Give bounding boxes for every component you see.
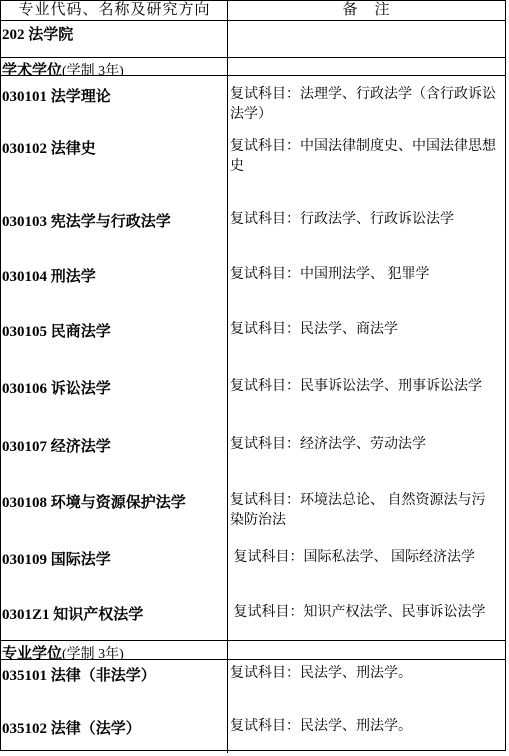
entry-name: 035102 法律（法学） [1,713,227,753]
entry-remark: 复试科目：环境法总论、 自然资源法与污 染防治法 [227,482,505,539]
professional-degree-label: 专业学位(学制 3年) [1,641,227,659]
table-header-row: 专业代码、名称及研究方向 备 注 [1,1,505,21]
entry-name: 0301Z1 知识产权法学 [1,594,227,641]
professional-entries-section: 035101 法律（非法学） 复试科目：民法学、刑法学。 035102 法律（法… [1,660,505,753]
entry-name: 030104 刑法学 [1,256,227,311]
academic-degree-duration: (学制 3年) [62,64,124,75]
entry-row: 030108 环境与资源保护法学 复试科目：环境法总论、 自然资源法与污 染防治… [1,482,505,539]
academic-degree-divider-row: 学术学位(学制 3年) [1,58,505,76]
entry-row: 030107 经济法学 复试科目：经济法学、劳动法学 [1,426,505,482]
entry-row: 035101 法律（非法学） 复试科目：民法学、刑法学。 [1,660,505,713]
header-cell-program: 专业代码、名称及研究方向 [1,1,227,20]
academic-degree-remark [227,58,505,75]
entry-name: 030102 法律史 [1,128,227,201]
entry-remark: 复试科目：民法学、商法学 [227,311,505,368]
academic-entries-section: 030101 法学理论 复试科目：法理学、行政法学（含行政诉讼 法学） 0301… [1,76,505,641]
school-remark [227,21,505,57]
entry-name: 030105 民商法学 [1,311,227,368]
program-table: 专业代码、名称及研究方向 备 注 202 法学院 学术学位(学制 3年) 030… [0,0,506,751]
entry-remark: 复试科目：法理学、行政法学（含行政诉讼 法学） [227,76,505,128]
entry-row: 030101 法学理论 复试科目：法理学、行政法学（含行政诉讼 法学） [1,76,505,128]
academic-degree-label: 学术学位(学制 3年) [1,58,227,75]
entry-remark: 复试科目：经济法学、劳动法学 [227,426,505,482]
professional-degree-divider-row: 专业学位(学制 3年) [1,641,505,660]
entry-row: 030103 宪法学与行政法学 复试科目：行政法学、行政诉讼法学 [1,201,505,256]
entry-name: 030108 环境与资源保护法学 [1,482,227,539]
school-row: 202 法学院 [1,21,505,58]
entry-row: 030106 诉讼法学 复试科目：民事诉讼法学、刑事诉讼法学 [1,368,505,426]
entry-remark: 复试科目：民法学、刑法学。 [227,660,505,713]
entry-remark: 复试科目：中国刑法学、 犯罪学 [227,256,505,311]
entry-row: 030102 法律史 复试科目：中国法律制度史、中国法律思想 史 [1,128,505,201]
professional-degree-duration: (学制 3年) [62,647,124,659]
entry-name: 030106 诉讼法学 [1,368,227,426]
entry-remark: 复试科目：民法学、刑法学。 [227,713,505,753]
entry-row: 030104 刑法学 复试科目：中国刑法学、 犯罪学 [1,256,505,311]
professional-degree-title: 专业学位 [2,646,62,659]
entry-row: 030105 民商法学 复试科目：民法学、商法学 [1,311,505,368]
entry-name: 035101 法律（非法学） [1,660,227,713]
school-name: 202 法学院 [1,21,227,57]
academic-degree-title: 学术学位 [2,63,62,75]
header-cell-remark: 备 注 [227,1,505,20]
professional-degree-remark [227,641,505,659]
entry-remark: 复试科目：中国法律制度史、中国法律思想 史 [227,128,505,201]
entry-row: 030109 国际法学 复试科目：国际私法学、 国际经济法学 [1,539,505,594]
entry-row: 0301Z1 知识产权法学 复试科目：知识产权法学、民事诉讼法学 [1,594,505,641]
entry-remark: 复试科目：民事诉讼法学、刑事诉讼法学 [227,368,505,426]
entry-row: 035102 法律（法学） 复试科目：民法学、刑法学。 [1,713,505,753]
entry-name: 030101 法学理论 [1,76,227,128]
entry-name: 030107 经济法学 [1,426,227,482]
entry-remark: 复试科目：国际私法学、 国际经济法学 [227,539,505,594]
entry-name: 030103 宪法学与行政法学 [1,201,227,256]
entry-remark: 复试科目：知识产权法学、民事诉讼法学 [227,594,505,641]
entry-remark: 复试科目：行政法学、行政诉讼法学 [227,201,505,256]
entry-name: 030109 国际法学 [1,539,227,594]
page: 专业代码、名称及研究方向 备 注 202 法学院 学术学位(学制 3年) 030… [0,0,509,756]
